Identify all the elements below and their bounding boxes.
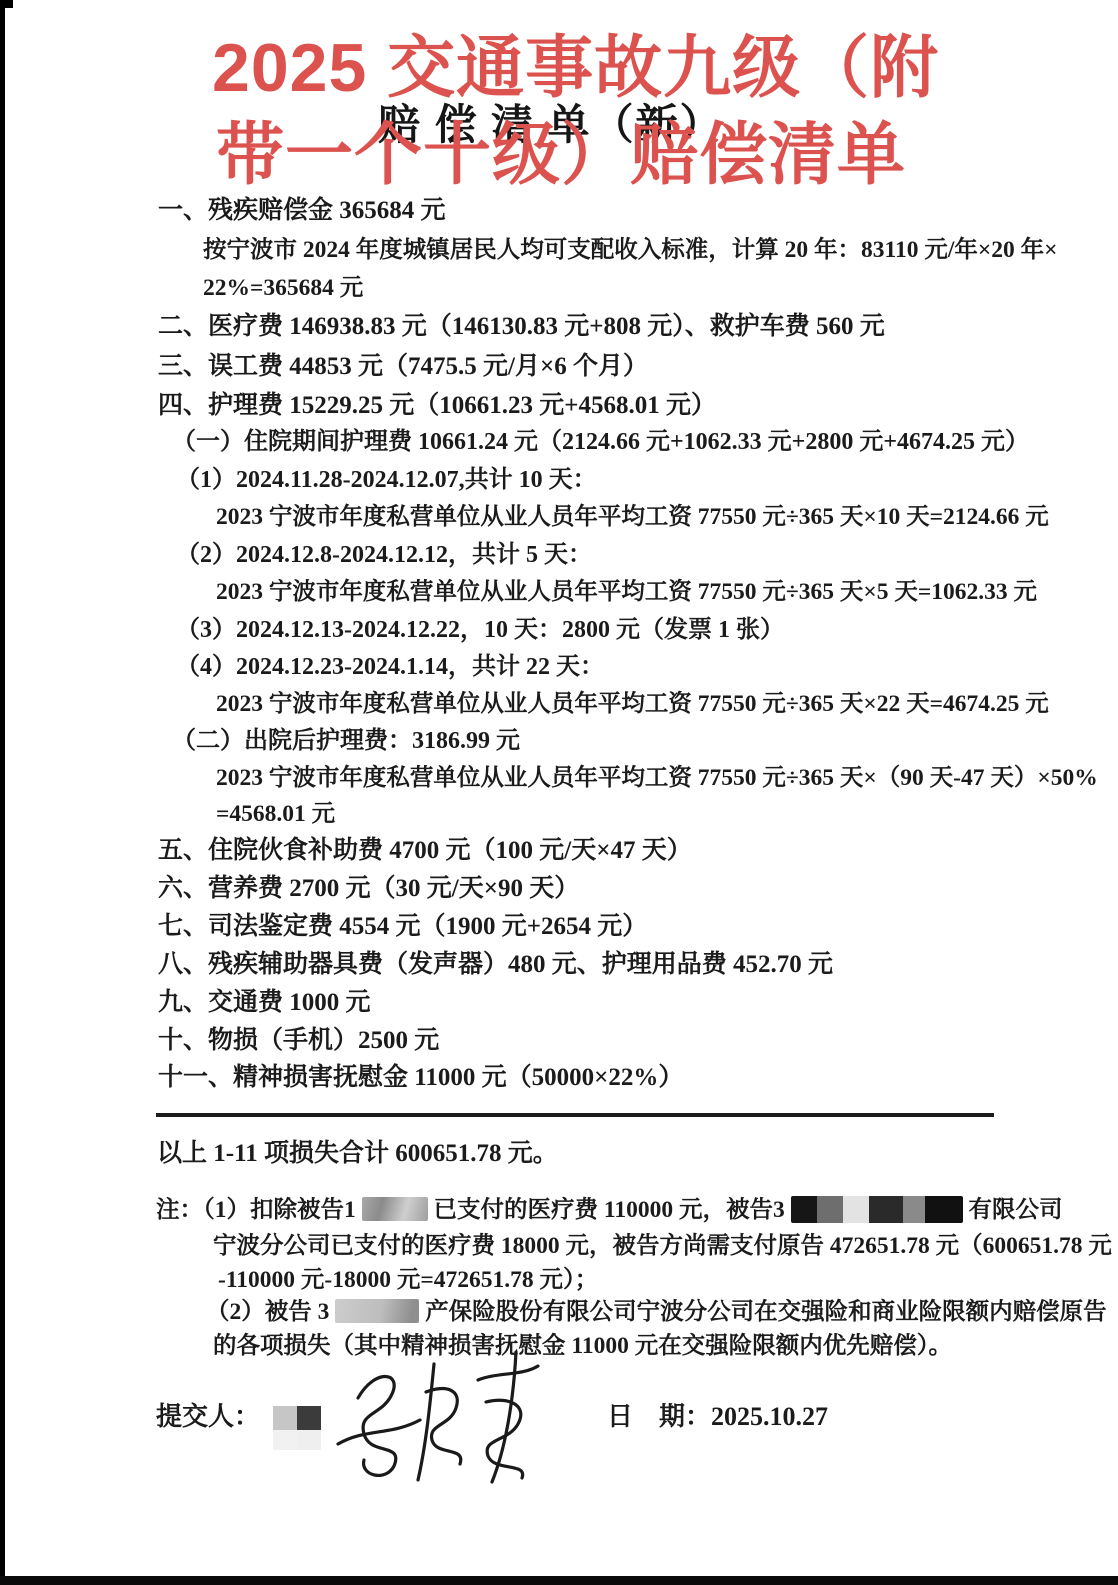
- doc-line: 十、物损（手机）2500 元: [158, 1026, 439, 1056]
- overlay-title-line2: 带一个十级）赔偿清单: [216, 121, 906, 189]
- note-line: 的各项损失（其中精神损害抚慰金 11000 元在交强险限额内优先赔偿）。: [213, 1332, 952, 1360]
- redaction-block: [335, 1299, 419, 1323]
- doc-line: 按宁波市 2024 年度城镇居民人均可支配收入标准，计算 20 年：83110 …: [203, 236, 1058, 264]
- doc-line: 八、残疾辅助器具费（发声器）480 元、护理用品费 452.70 元: [158, 950, 833, 980]
- doc-line: 2023 宁波市年度私营单位从业人员年平均工资 77550 元÷365 天×（9…: [216, 764, 1098, 792]
- doc-line: 五、住院伙食补助费 4700 元（100 元/天×47 天）: [158, 836, 692, 866]
- scan-border-bottom: [0, 1576, 1118, 1585]
- total-line: 以上 1-11 项损失合计 600651.78 元。: [157, 1139, 558, 1169]
- submitter-name-redaction: [273, 1406, 321, 1450]
- note-line: -110000 元-18000 元=472651.78 元）；: [218, 1266, 598, 1294]
- doc-line: 六、营养费 2700 元（30 元/天×90 天）: [158, 874, 579, 904]
- note-text: 已支付的医疗费 110000 元，被告3: [434, 1197, 785, 1223]
- signature: [330, 1350, 545, 1485]
- doc-line: 2023 宁波市年度私营单位从业人员年平均工资 77550 元÷365 天×5 …: [216, 578, 1037, 606]
- note-line: （2）被告 3 产保险股份有限公司宁波分公司在交强险和商业险限额内赔偿原告: [206, 1298, 1107, 1326]
- note-line: 宁波分公司已支付的医疗费 18000 元，被告方尚需支付原告 472651.78…: [213, 1232, 1112, 1260]
- document-page: 赔 偿 清 单（新） 2025 交通事故九级（附 带一个十级）赔偿清单 一、残疾…: [0, 0, 1118, 1585]
- overlay-title-line1: 2025 交通事故九级（附: [212, 34, 939, 102]
- doc-line: 七、司法鉴定费 4554 元（1900 元+2654 元）: [158, 912, 647, 942]
- scan-border-left: [0, 0, 5, 1585]
- note-text: 注：（1）扣除被告1: [156, 1197, 356, 1223]
- note-text: （2）被告 3: [206, 1299, 329, 1325]
- doc-line: 二、医疗费 146938.83 元（146130.83 元+808 元）、救护车…: [158, 312, 885, 342]
- doc-line: 十一、精神损害抚慰金 11000 元（50000×22%）: [158, 1063, 683, 1093]
- divider-rule: [156, 1113, 994, 1117]
- submitter-label: 提交人：: [156, 1401, 260, 1432]
- doc-line: （2）2024.12.8-2024.12.12，共计 5 天：: [176, 541, 592, 570]
- scan-corner-mark: [0, 0, 13, 8]
- redaction-block: [791, 1196, 963, 1223]
- note-line: 注：（1）扣除被告1 已支付的医疗费 110000 元，被告3 有限公司: [156, 1196, 1062, 1224]
- note-text: 产保险股份有限公司宁波分公司在交强险和商业险限额内赔偿原告: [425, 1299, 1107, 1325]
- doc-line: 2023 宁波市年度私营单位从业人员年平均工资 77550 元÷365 天×10…: [216, 503, 1049, 531]
- doc-line: （一）住院期间护理费 10661.24 元（2124.66 元+1062.33 …: [172, 428, 1029, 457]
- doc-line: （4）2024.12.23-2024.1.14，共计 22 天：: [176, 653, 604, 682]
- note-text: 有限公司: [968, 1197, 1062, 1223]
- doc-line: 三、误工费 44853 元（7475.5 元/月×6 个月）: [158, 352, 648, 382]
- doc-line: 22%=365684 元: [203, 274, 363, 302]
- doc-line: 九、交通费 1000 元: [158, 988, 371, 1018]
- doc-line: 一、残疾赔偿金 365684 元: [158, 196, 446, 226]
- doc-line: 2023 宁波市年度私营单位从业人员年平均工资 77550 元÷365 天×22…: [216, 690, 1049, 718]
- date-label: 日 期：2025.10.27: [607, 1401, 828, 1432]
- doc-line: （1）2024.11.28-2024.12.07,共计 10 天：: [176, 466, 597, 495]
- doc-line: =4568.01 元: [216, 800, 335, 828]
- doc-line: （3）2024.12.13-2024.12.22，10 天：2800 元（发票 …: [176, 616, 784, 645]
- doc-line: 四、护理费 15229.25 元（10661.23 元+4568.01 元）: [158, 391, 716, 421]
- doc-line: （二）出院后护理费：3186.99 元: [172, 727, 520, 756]
- redaction-block: [362, 1197, 428, 1221]
